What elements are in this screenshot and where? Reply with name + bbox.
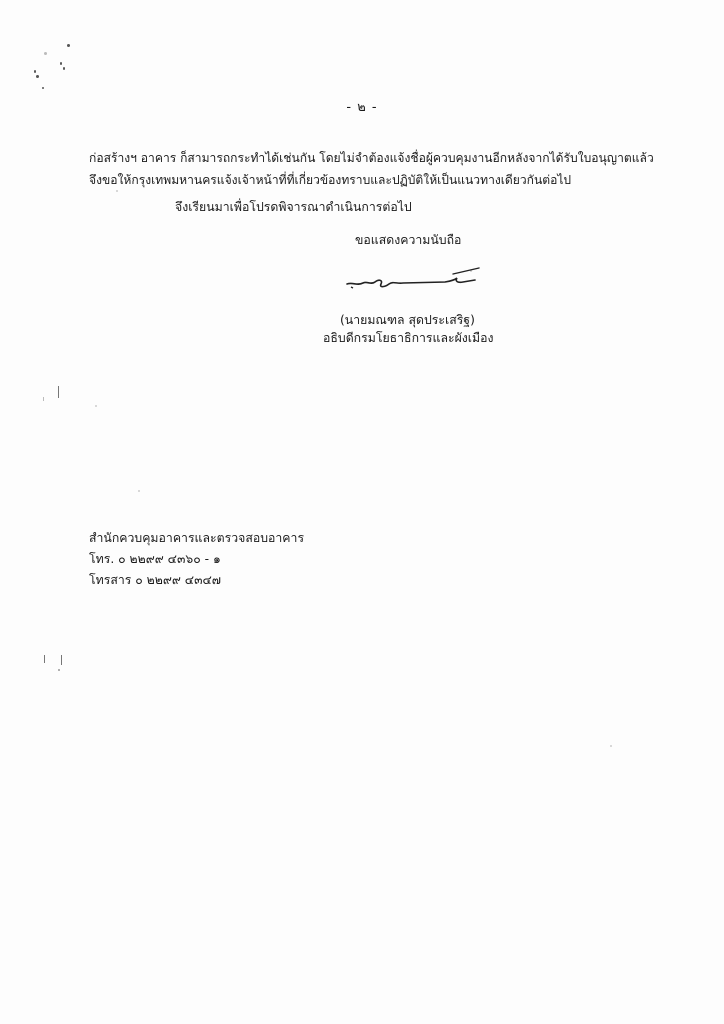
scanned-letter-page: - ๒ - ก่อสร้างฯ อาคาร ก็สามารถกระทำได้เช… bbox=[0, 0, 724, 1024]
scan-speck bbox=[138, 490, 140, 492]
signature-image bbox=[345, 262, 485, 294]
scan-mark bbox=[43, 397, 44, 401]
scan-speck bbox=[44, 52, 47, 55]
scan-mark bbox=[58, 386, 59, 398]
body-paragraph-line-1: ก่อสร้างฯ อาคาร ก็สามารถกระทำได้เช่นกัน … bbox=[89, 150, 654, 166]
scan-mark bbox=[44, 655, 45, 663]
scan-speck bbox=[610, 745, 612, 747]
office-telephone: โทร. ๐ ๒๒๙๙ ๔๓๖๐ - ๑ bbox=[89, 551, 221, 567]
scan-speck bbox=[63, 67, 65, 70]
scan-mark bbox=[61, 655, 62, 665]
page-number: - ๒ - bbox=[0, 96, 724, 117]
scan-speck bbox=[95, 405, 97, 407]
scan-speck bbox=[58, 669, 60, 671]
scan-speck bbox=[42, 87, 44, 89]
signer-title: อธิบดีกรมโยธาธิการและผังเมือง bbox=[323, 330, 494, 346]
scan-speck bbox=[116, 190, 118, 192]
scan-speck bbox=[60, 62, 62, 65]
scan-speck bbox=[67, 44, 70, 47]
scan-speck bbox=[34, 70, 36, 73]
office-fax: โทรสาร ๐ ๒๒๙๙ ๔๓๔๗ bbox=[89, 572, 221, 588]
office-name: สำนักควบคุมอาคารและตรวจสอบอาคาร bbox=[89, 530, 304, 546]
scan-speck bbox=[36, 75, 39, 78]
body-paragraph-request: จึงเรียนมาเพื่อโปรดพิจารณาดำเนินการต่อไป bbox=[175, 199, 412, 215]
signer-name: (นายมณฑล สุดประเสริฐ) bbox=[340, 312, 475, 328]
body-paragraph-line-2: จึงขอให้กรุงเทพมหานครแจ้งเจ้าหน้าที่ที่เ… bbox=[89, 172, 571, 188]
closing-salutation: ขอแสดงความนับถือ bbox=[355, 232, 461, 248]
